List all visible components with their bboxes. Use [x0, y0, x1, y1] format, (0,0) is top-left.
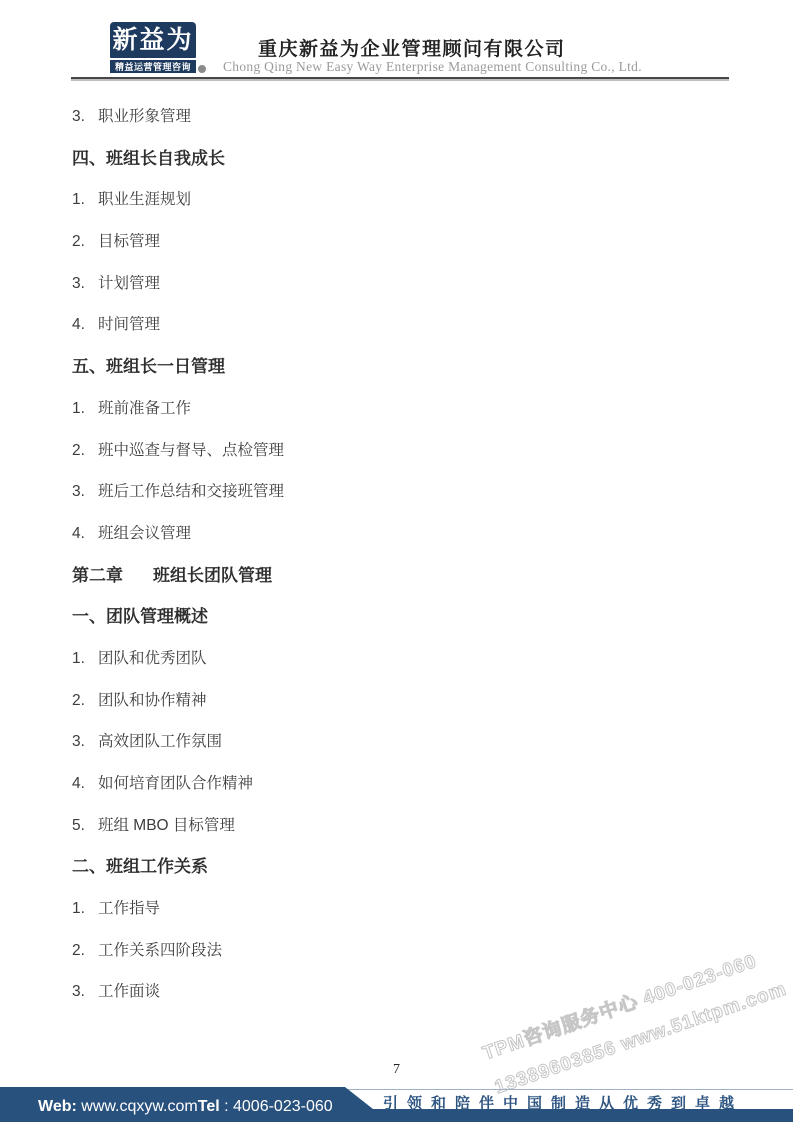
- outline-text: 班组 MBO 目标管理: [98, 817, 235, 834]
- outline-text: 班组长自我成长: [106, 149, 225, 168]
- outline-text: 班组长团队管理: [153, 566, 272, 585]
- outline-item: 3.班后工作总结和交接班管理: [72, 481, 692, 503]
- outline-text: 职业生涯规划: [98, 191, 191, 208]
- footer-diagonal-edge: [345, 1087, 373, 1109]
- outline-item: 2.团队和协作精神: [72, 690, 692, 712]
- outline-number: 一、: [72, 606, 106, 628]
- outline-number: 1.: [72, 648, 98, 670]
- outline-item: 5.班组 MBO 目标管理: [72, 815, 692, 837]
- outline-text: 团队管理概述: [106, 607, 208, 626]
- footer-contact-text: Web: www.cqxyw.comTel : 4006-023-060: [38, 1098, 333, 1116]
- company-logo: 新益为 精益运营管理咨询: [110, 22, 196, 73]
- document-page: 新益为 精益运营管理咨询 重庆新益为企业管理顾问有限公司 Chong Qing …: [0, 0, 793, 1122]
- outline-number: 3.: [72, 481, 98, 503]
- outline-item: 4.如何培育团队合作精神: [72, 773, 692, 795]
- outline-item: 3.高效团队工作氛围: [72, 731, 692, 753]
- outline-item: 3.计划管理: [72, 273, 692, 295]
- web-label: Web:: [38, 1098, 77, 1115]
- outline-text: 工作面谈: [98, 983, 160, 1000]
- outline-number: 3.: [72, 106, 98, 128]
- outline-number: 4.: [72, 314, 98, 336]
- outline-chapter: 第二章班组长团队管理: [72, 565, 692, 587]
- page-number: 7: [0, 1062, 793, 1078]
- outline-text: 计划管理: [98, 275, 160, 292]
- outline-number: 第二章: [72, 566, 123, 585]
- outline-number: 3.: [72, 731, 98, 753]
- footer: Web: www.cqxyw.comTel : 4006-023-060 引领和…: [0, 1087, 793, 1122]
- header-divider: [71, 77, 729, 79]
- outline-number: 3.: [72, 981, 98, 1003]
- outline-number: 1.: [72, 398, 98, 420]
- outline-number: 4.: [72, 523, 98, 545]
- outline-text: 团队和协作精神: [98, 692, 207, 709]
- outline-number: 2.: [72, 940, 98, 962]
- content-list: 3.职业形象管理四、班组长自我成长1.职业生涯规划2.目标管理3.计划管理4.时…: [72, 106, 692, 1023]
- outline-number: 五、: [72, 356, 106, 378]
- tel-label: Tel: [198, 1098, 220, 1115]
- outline-text: 班组工作关系: [106, 857, 208, 876]
- outline-item: 2.班中巡查与督导、点检管理: [72, 440, 692, 462]
- outline-item: 4.时间管理: [72, 314, 692, 336]
- outline-item: 1.班前准备工作: [72, 398, 692, 420]
- company-name-cn: 重庆新益为企业管理顾问有限公司: [258, 34, 566, 61]
- outline-text: 班组会议管理: [98, 525, 191, 542]
- outline-text: 时间管理: [98, 316, 160, 333]
- outline-number: 四、: [72, 148, 106, 170]
- outline-item: 2.工作关系四阶段法: [72, 940, 692, 962]
- outline-number: 3.: [72, 273, 98, 295]
- logo-dot-icon: [198, 65, 206, 73]
- outline-text: 工作关系四阶段法: [98, 942, 222, 959]
- outline-text: 目标管理: [98, 233, 160, 250]
- outline-number: 二、: [72, 856, 106, 878]
- footer-top-hairline: [340, 1089, 793, 1090]
- tel-number: : 4006-023-060: [220, 1098, 333, 1115]
- outline-number: 5.: [72, 815, 98, 837]
- outline-text: 班前准备工作: [98, 400, 191, 417]
- outline-item: 2.目标管理: [72, 231, 692, 253]
- outline-item: 1.团队和优秀团队: [72, 648, 692, 670]
- outline-item: 1.职业生涯规划: [72, 189, 692, 211]
- outline-heading: 四、班组长自我成长: [72, 148, 692, 170]
- logo-mark: 新益为: [110, 22, 196, 58]
- company-name-en: Chong Qing New Easy Way Enterprise Manag…: [223, 59, 642, 75]
- outline-number: 2.: [72, 440, 98, 462]
- outline-item: 3.职业形象管理: [72, 106, 692, 128]
- outline-heading: 一、团队管理概述: [72, 606, 692, 628]
- outline-number: 1.: [72, 189, 98, 211]
- outline-text: 班后工作总结和交接班管理: [98, 483, 284, 500]
- footer-slogan: 引领和陪伴中国制造从优秀到卓越: [383, 1092, 743, 1113]
- outline-number: 1.: [72, 898, 98, 920]
- outline-number: 4.: [72, 773, 98, 795]
- outline-text: 高效团队工作氛围: [98, 733, 222, 750]
- outline-text: 班组长一日管理: [106, 357, 225, 376]
- outline-number: 2.: [72, 690, 98, 712]
- outline-text: 工作指导: [98, 900, 160, 917]
- outline-heading: 五、班组长一日管理: [72, 356, 692, 378]
- outline-item: 4.班组会议管理: [72, 523, 692, 545]
- outline-item: 1.工作指导: [72, 898, 692, 920]
- outline-heading: 二、班组工作关系: [72, 856, 692, 878]
- outline-text: 班中巡查与督导、点检管理: [98, 442, 284, 459]
- outline-text: 如何培育团队合作精神: [98, 775, 253, 792]
- outline-text: 职业形象管理: [98, 108, 191, 125]
- outline-text: 团队和优秀团队: [98, 650, 207, 667]
- logo-subtitle: 精益运营管理咨询: [110, 60, 196, 73]
- outline-number: 2.: [72, 231, 98, 253]
- web-url: www.cqxyw.com: [77, 1098, 198, 1115]
